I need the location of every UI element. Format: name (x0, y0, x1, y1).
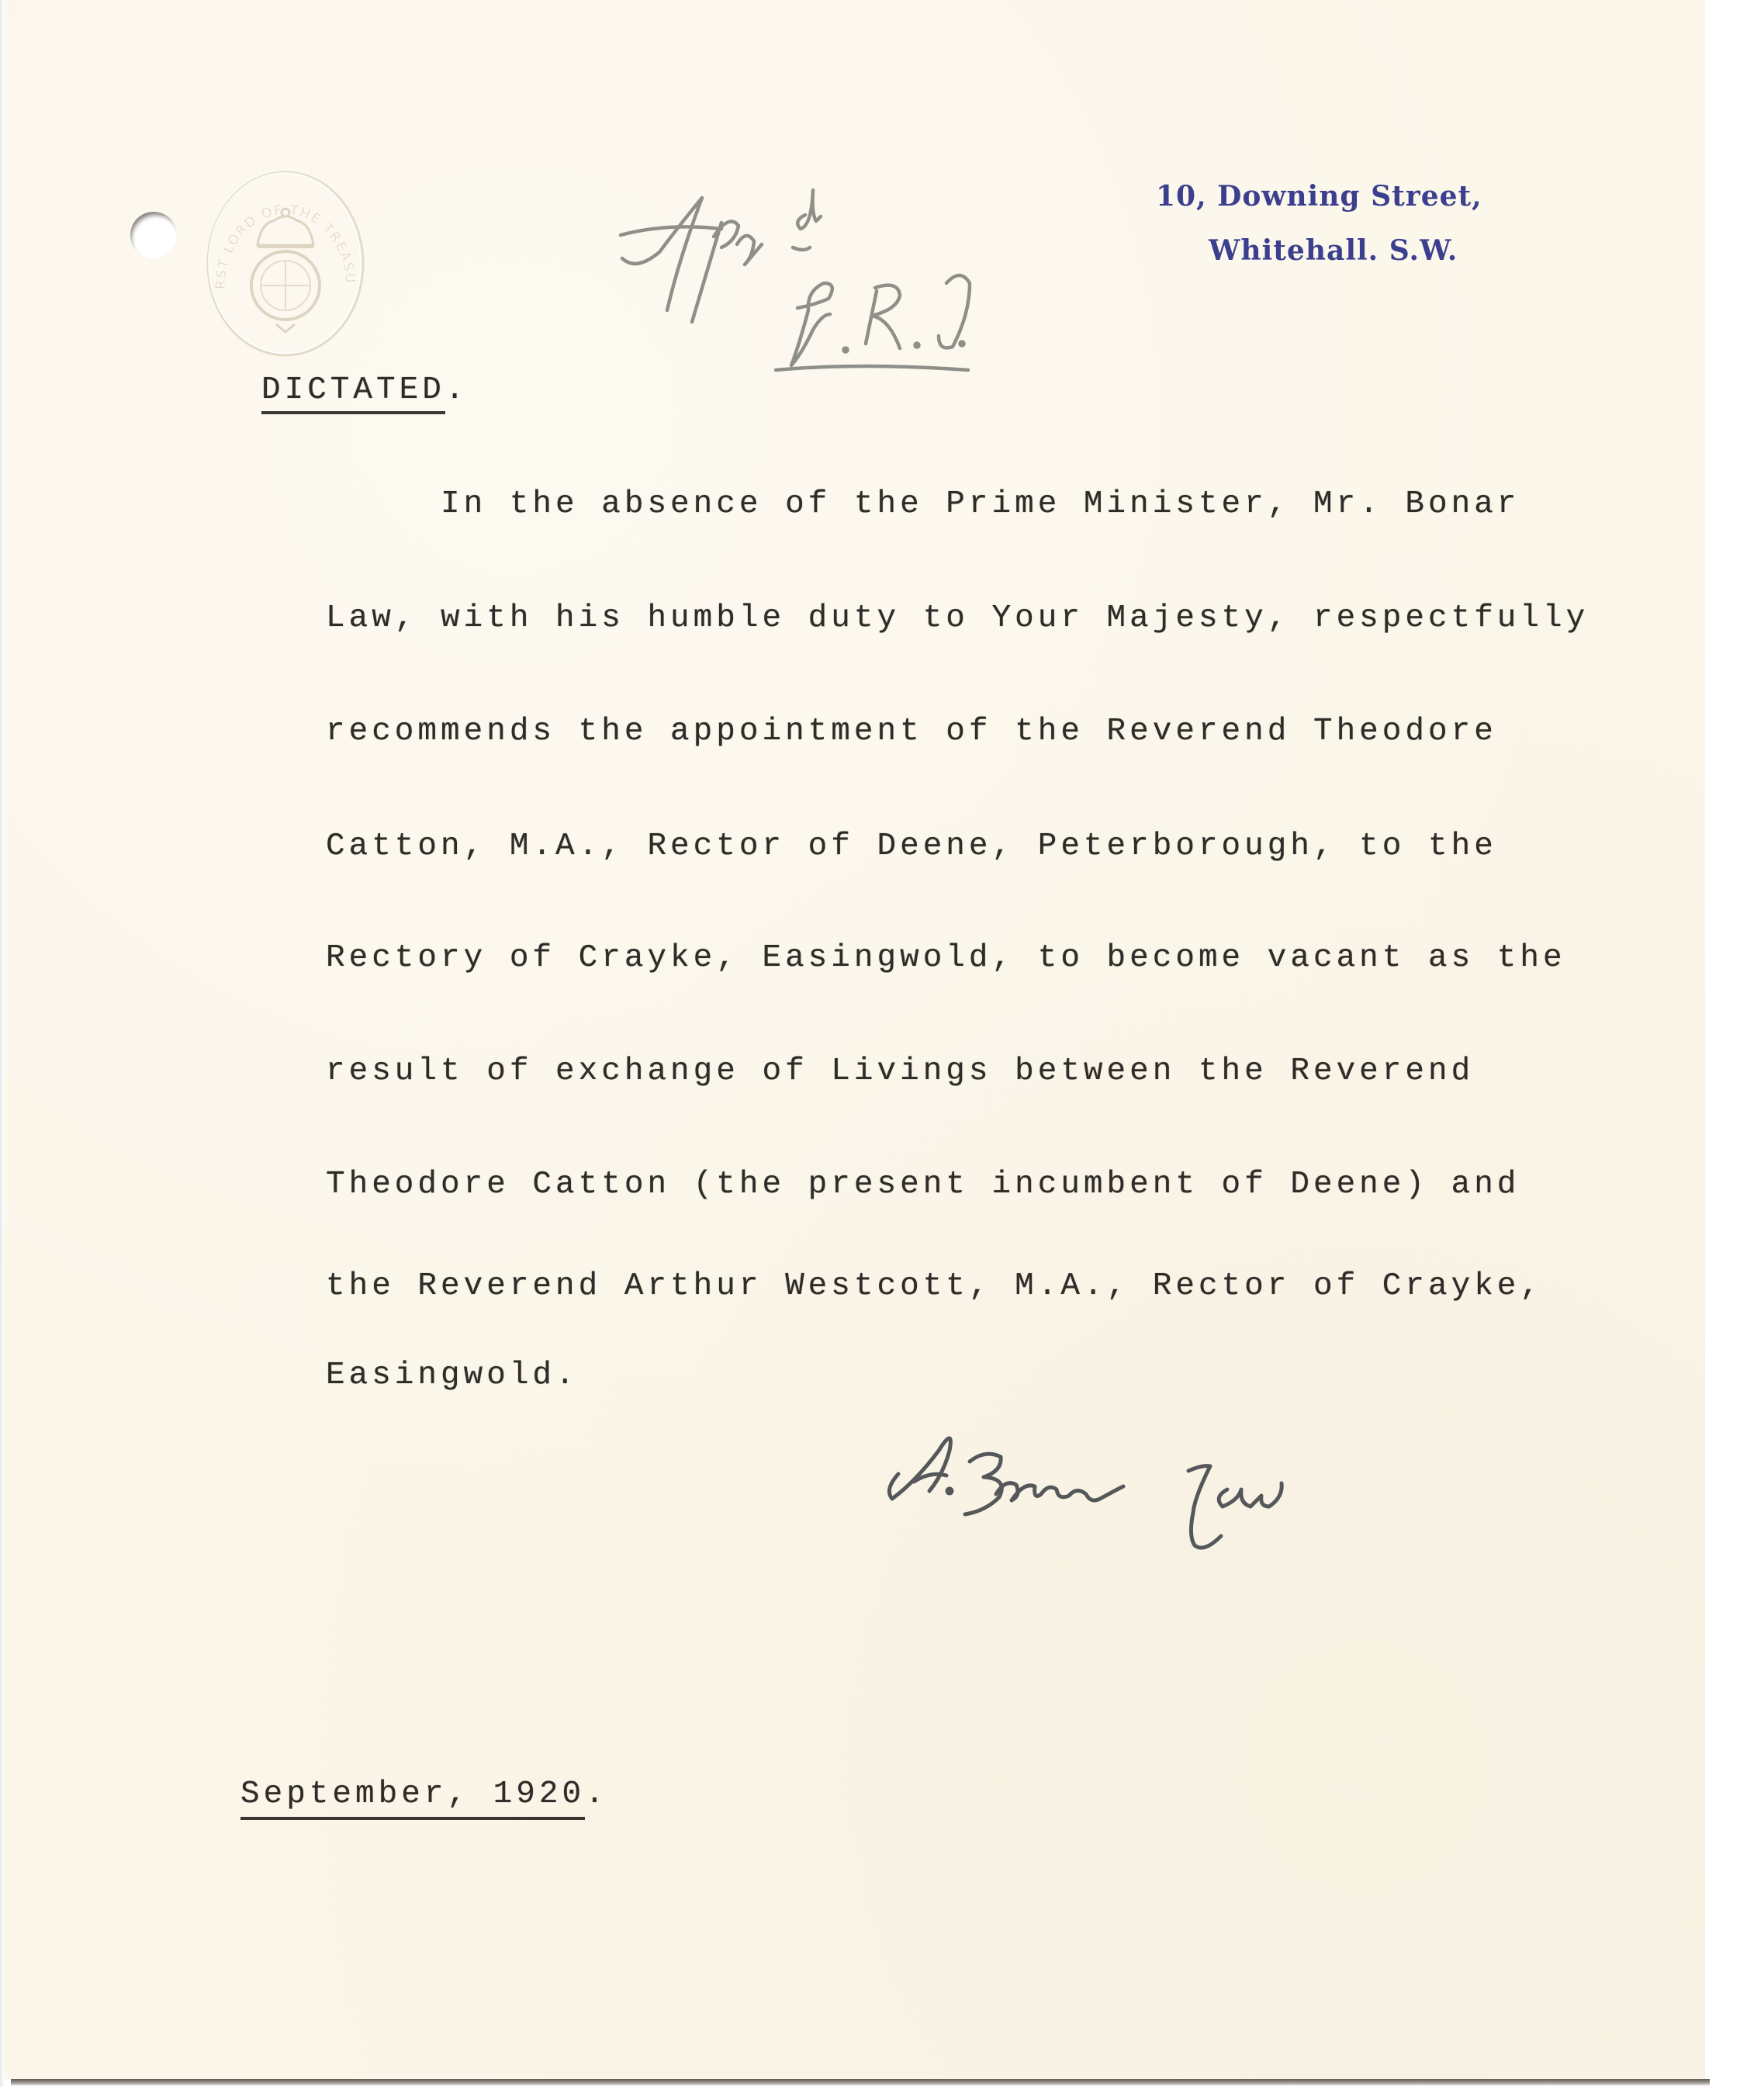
letterhead-line-district: Whitehall. S.W. (1156, 223, 1482, 278)
body-line: In the absence of the Prime Minister, Mr… (326, 486, 1520, 522)
body-line: Theodore Catton (the present incumbent o… (326, 1167, 1520, 1202)
body-line: Law, with his humble duty to Your Majest… (326, 600, 1589, 636)
body-line: recommends the appointment of the Revere… (326, 714, 1497, 749)
body-line: Catton, M.A., Rector of Deene, Peterboro… (326, 829, 1497, 864)
punch-hole (130, 212, 177, 258)
dictated-heading-text: DICTATED (261, 372, 445, 414)
body-line: the Reverend Arthur Westcott, M.A., Rect… (326, 1268, 1543, 1304)
embossed-seal-icon: · FIRST LORD OF THE TREASURY · (203, 169, 368, 358)
body-line: result of exchange of Livings between th… (326, 1053, 1474, 1089)
letter-date-text: September, 1920 (240, 1777, 585, 1820)
body-line: Rectory of Crayke, Easingwold, to become… (326, 940, 1566, 976)
dictated-heading-period: . (445, 372, 469, 408)
handwritten-signature: A. Bonar Law (869, 1420, 1365, 1567)
letterhead-line-street: 10, Downing Street, (1156, 169, 1482, 223)
page-bottom-shadow (11, 2079, 1710, 2086)
letterhead-address: 10, Downing Street, Whitehall. S.W. (1156, 169, 1482, 278)
svg-text:· FIRST LORD OF THE TREASURY ·: · FIRST LORD OF THE TREASURY · (203, 169, 358, 289)
body-line: Easingwold. (326, 1358, 579, 1393)
letter-date-period: . (585, 1777, 608, 1812)
letter-date: September, 1920. (240, 1777, 608, 1812)
dictated-heading: DICTATED. (261, 372, 468, 408)
handwritten-approval-annotation: Appd — G.R.I. (605, 167, 1086, 384)
